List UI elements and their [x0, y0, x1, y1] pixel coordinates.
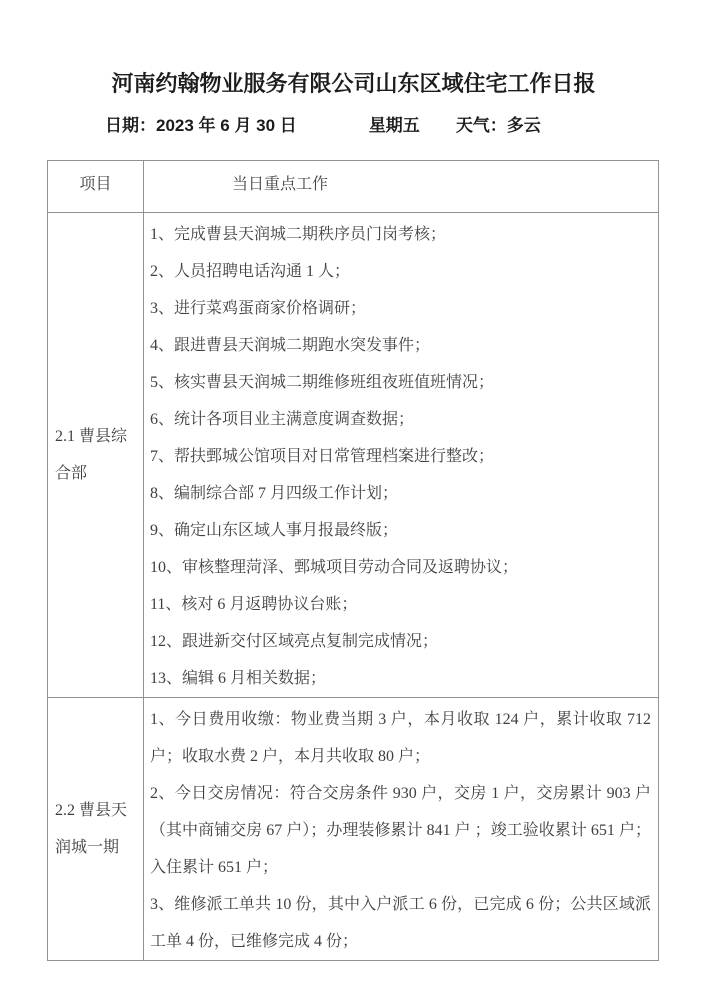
work-cell-caoxian-dept: 1、完成曹县天润城二期秩序员门岗考核； 2、人员招聘电话沟通 1 人； 3、进行… [144, 213, 659, 698]
table-row: 2.1 曹县综合部 1、完成曹县天润城二期秩序员门岗考核； 2、人员招聘电话沟通… [48, 213, 659, 698]
work-item: 13、编辑 6 月相关数据； [150, 660, 651, 697]
date-value: 日期：2023 年 6 月 30 日 [105, 111, 297, 136]
header-project: 项目 [48, 161, 144, 213]
daily-report-table: 项目 当日重点工作 2.1 曹县综合部 1、完成曹县天润城二期秩序员门岗考核； … [47, 160, 659, 961]
project-cell-tianrun: 2.2 曹县天润城一期 [48, 698, 144, 961]
work-item: 5、核实曹县天润城二期维修班组夜班值班情况； [150, 364, 651, 401]
work-item: 1、完成曹县天润城二期秩序员门岗考核； [150, 216, 651, 253]
weekday-value: 星期五 [369, 111, 420, 136]
project-cell-caoxian-dept: 2.1 曹县综合部 [48, 213, 144, 698]
page-title: 河南约翰物业服务有限公司山东区域住宅工作日报 [0, 67, 707, 98]
weather-value: 天气：多云 [456, 111, 541, 136]
table-header-row: 项目 当日重点工作 [48, 161, 659, 213]
work-item: 6、统计各项目业主满意度调查数据； [150, 401, 651, 438]
work-item: 2、人员招聘电话沟通 1 人； [150, 253, 651, 290]
work-item: 2、今日交房情况：符合交房条件 930 户，交房 1 户，交房累计 903 户（… [150, 775, 651, 886]
date-line: 日期：2023 年 6 月 30 日 星期五 天气：多云 [105, 111, 541, 136]
work-item: 12、跟进新交付区域亮点复制完成情况； [150, 623, 651, 660]
work-item: 4、跟进曹县天润城二期跑水突发事件； [150, 327, 651, 364]
work-item: 11、核对 6 月返聘协议台账； [150, 586, 651, 623]
project-label: 2.1 曹县综合部 [55, 418, 139, 492]
work-item: 8、编制综合部 7 月四级工作计划； [150, 475, 651, 512]
project-label: 2.2 曹县天润城一期 [55, 792, 139, 866]
work-item: 10、审核整理菏泽、鄄城项目劳动合同及返聘协议； [150, 549, 651, 586]
work-item: 3、进行菜鸡蛋商家价格调研； [150, 290, 651, 327]
work-item: 3、维修派工单共 10 份，其中入户派工 6 份，已完成 6 份；公共区域派工单… [150, 886, 651, 960]
table-row: 2.2 曹县天润城一期 1、今日费用收缴：物业费当期 3 户，本月收取 124 … [48, 698, 659, 961]
document-page: { "page": { "title": "河南约翰物业服务有限公司山东区域住宅… [0, 0, 707, 999]
work-item: 9、确定山东区域人事月报最终版； [150, 512, 651, 549]
work-item: 7、帮扶鄄城公馆项目对日常管理档案进行整改； [150, 438, 651, 475]
header-work: 当日重点工作 [144, 161, 659, 213]
work-item: 1、今日费用收缴：物业费当期 3 户，本月收取 124 户，累计收取 712 户… [150, 701, 651, 775]
work-cell-tianrun: 1、今日费用收缴：物业费当期 3 户，本月收取 124 户，累计收取 712 户… [144, 698, 659, 961]
